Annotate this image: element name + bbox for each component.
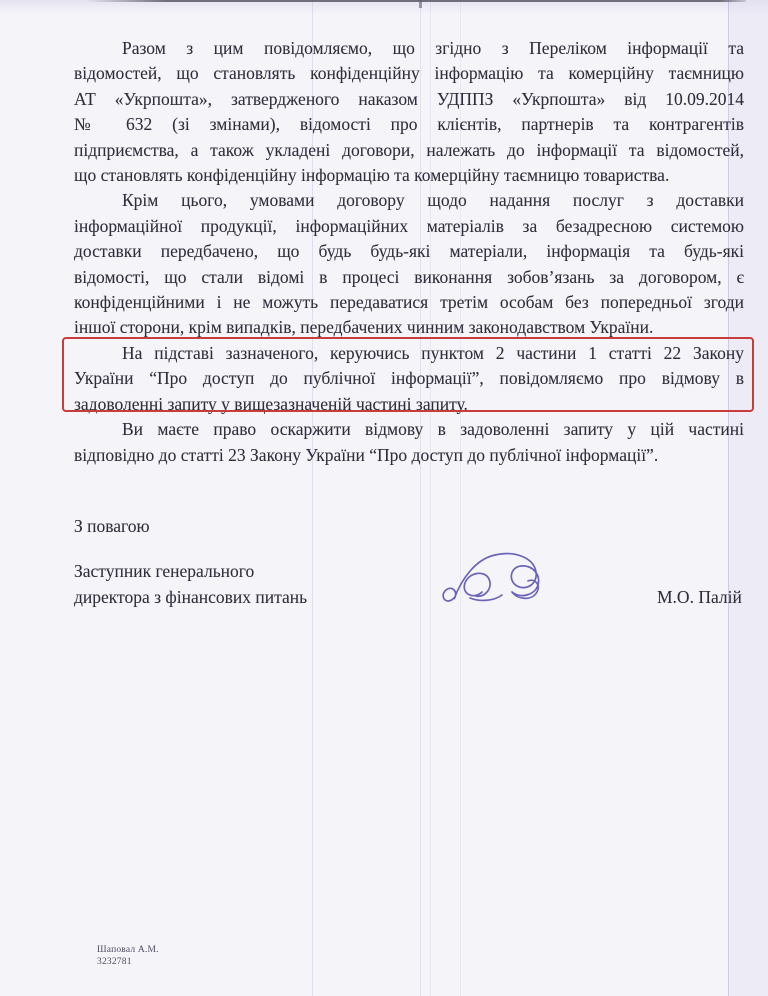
signer-name: М.О. Палій [657,585,742,610]
text-line: відомостей, що становлять конфіденційну … [74,61,744,86]
text-line: відповідно до статті 23 Закону України “… [74,443,744,468]
text-line: доставки передбачено, що будь будь-які м… [74,239,744,264]
letter-body: Разом з цим повідомляємо, що згідно з Пе… [74,36,744,610]
scan-top-band [0,0,768,14]
text-line: що становлять конфіденційну інформацію т… [74,163,744,188]
text-line: На підставі зазначеного, керуючись пункт… [74,341,744,366]
text-line: АТ «Укрпошта», затвердженого наказом УДП… [74,87,744,112]
text-line: Ви маєте право оскаржити відмову в задов… [74,417,744,442]
text-line: задоволенні запиту у вищезазначеній част… [74,392,744,417]
signature-row: Заступник генерального директора з фінан… [74,559,744,610]
text-line: Крім цього, умовами договору щодо наданн… [74,188,744,213]
executor-footer: Шаповал А.М. 3232781 [97,944,159,968]
signer-title-line1: Заступник генерального [74,559,744,584]
text-line: підприємства, а також укладені договори,… [74,138,744,163]
paragraph-highlighted: На підставі зазначеного, керуючись пункт… [74,341,744,417]
paragraph: Разом з цим повідомляємо, що згідно з Пе… [74,36,744,188]
paragraph: Крім цього, умовами договору щодо наданн… [74,188,744,340]
text-line: Разом з цим повідомляємо, що згідно з Пе… [74,36,744,61]
paragraph: Ви маєте право оскаржити відмову в задов… [74,417,744,468]
scan-top-tick [419,0,422,8]
scanned-letter-page: Разом з цим повідомляємо, що згідно з Пе… [0,0,768,996]
text-line: іншої сторони, крім випадків, передбачен… [74,315,744,340]
signer-title-line2: директора з фінансових питань [74,585,744,610]
handwritten-signature-icon [440,546,558,614]
text-line: відомості, що стали відомі в процесі вик… [74,265,744,290]
executor-phone: 3232781 [97,956,159,968]
text-line: конфіденційними і не можуть передаватися… [74,290,744,315]
closing-salutation: З повагою [74,514,744,539]
text-line: № 632 (зі змінами), відомості про клієнт… [74,112,744,137]
text-line: інформаційної продукції, інформаційних м… [74,214,744,239]
text-line: України “Про доступ до публічної інформа… [74,366,744,391]
paragraphs-container: Разом з цим повідомляємо, що згідно з Пе… [74,36,744,468]
executor-name: Шаповал А.М. [97,944,159,956]
scan-top-edge-line [86,0,746,2]
